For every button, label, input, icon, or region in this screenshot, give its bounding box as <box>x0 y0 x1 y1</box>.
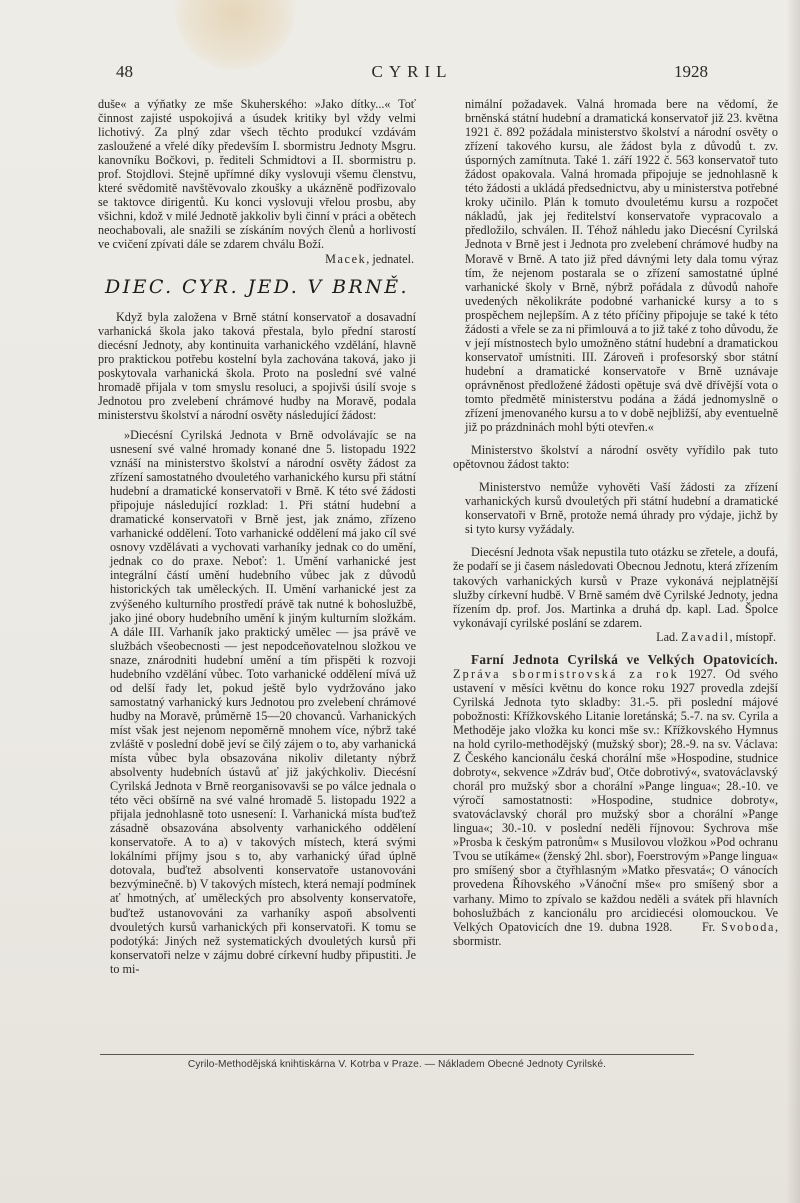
paper-stain <box>175 0 295 70</box>
spacer <box>453 471 778 480</box>
signature-first-name: Fr. <box>702 920 721 934</box>
signature-role: , místopř. <box>730 630 776 644</box>
petition-text: »Diecésní Cyrilská Jednota v Brně odvolá… <box>98 428 416 976</box>
footer-rule <box>100 1054 694 1055</box>
closing-signature: Lad. Zavadil, místopř. <box>453 630 778 644</box>
ministry-intro: Ministerstvo školství a národní osvěty v… <box>453 443 778 471</box>
farni-report: Farní Jednota Cyrilská ve Velkých Opatov… <box>453 653 778 948</box>
right-column: nimální požadavek. Valná hromada bere na… <box>453 97 778 948</box>
left-column: duše« a výňatky ze mše Skuherského: »Jak… <box>98 97 416 976</box>
running-header: 48 CYRIL 1928 <box>116 62 708 86</box>
intro-paragraph: duše« a výňatky ze mše Skuherského: »Jak… <box>98 97 416 252</box>
issue-year: 1928 <box>674 62 708 82</box>
spacer <box>453 434 778 443</box>
page-edge-shadow <box>786 0 800 1203</box>
ministry-reply: Ministerstvo nemůže vyhověti Vaší žádost… <box>453 480 778 536</box>
petition-continued: nimální požadavek. Valná hromada bere na… <box>453 97 778 434</box>
signature-first-name: Lad. <box>656 630 681 644</box>
intro-signature: Macek, jednatel. <box>98 252 416 266</box>
journal-title: CYRIL <box>116 62 708 82</box>
document-page: 48 CYRIL 1928 duše« a výňatky ze mše Sku… <box>0 0 800 1203</box>
farni-text: 1927. Od svého ustavení v měsíci květnu … <box>453 667 778 934</box>
signature-name: Svoboda <box>721 920 775 934</box>
section-paragraph: Když byla založena v Brně státní konserv… <box>98 310 416 422</box>
signature-role: , jednatel. <box>366 252 414 266</box>
closing-paragraph: Diecésní Jednota však nepustila tuto otá… <box>453 545 778 629</box>
farni-subheading: Zpráva sbormistrovská za rok <box>453 667 679 681</box>
printer-imprint: Cyrilo-Methodějská knihtiskárna V. Kotrb… <box>100 1059 694 1070</box>
section-title: DIEC. CYR. JED. V BRNĚ. <box>98 276 416 298</box>
signature-name: Macek <box>325 252 366 266</box>
spacer <box>453 536 778 545</box>
signature-name: Zavadil <box>681 630 729 644</box>
farni-heading: Farní Jednota Cyrilská ve Velkých Opatov… <box>471 652 778 667</box>
